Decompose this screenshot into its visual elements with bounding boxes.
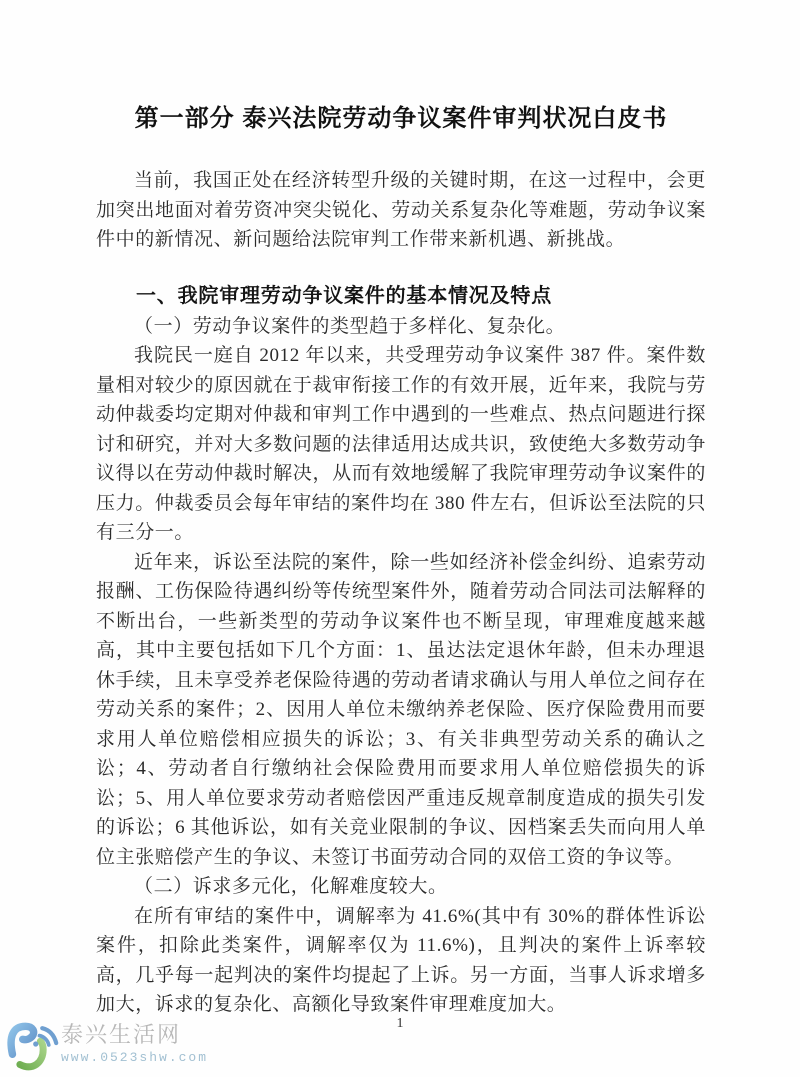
site-name: 泰兴生活网 (61, 1022, 208, 1048)
document-page: 第一部分 泰兴法院劳动争议案件审判状况白皮书 当前，我国正处在经济转型升级的关键… (0, 0, 800, 1077)
document-content: 第一部分 泰兴法院劳动争议案件审判状况白皮书 当前，我国正处在经济转型升级的关键… (96, 0, 706, 1020)
subsection-1-heading: （一）劳动争议案件的类型趋于多样化、复杂化。 (96, 312, 706, 342)
site-watermark-text: 泰兴生活网 www.0523shw.com (61, 1016, 208, 1066)
site-watermark: 泰兴生活网 www.0523shw.com (5, 1016, 208, 1072)
subsection-1-paragraph-2: 近年来，诉讼至法院的案件，除一些如经济补偿金纠纷、追索劳动报酬、工伤保险待遇纠纷… (96, 548, 706, 873)
subsection-1-paragraph-1: 我院民一庭自 2012 年以来，共受理劳动争议案件 387 件。案件数量相对较少… (96, 341, 706, 548)
intro-paragraph: 当前，我国正处在经济转型升级的关键时期，在这一过程中，会更加突出地面对着劳资冲突… (96, 166, 706, 255)
site-logo-signal-icon (5, 1016, 59, 1072)
document-title: 第一部分 泰兴法院劳动争议案件审判状况白皮书 (96, 103, 706, 135)
subsection-2-paragraph-1: 在所有审结的案件中，调解率为 41.6%(其中有 30%的群体性诉讼案件，扣除此… (96, 902, 706, 1020)
site-url: www.0523shw.com (61, 1050, 208, 1066)
section-1-heading: 一、我院审理劳动争议案件的基本情况及特点 (96, 281, 706, 311)
subsection-2-heading: （二）诉求多元化，化解难度较大。 (96, 872, 706, 902)
